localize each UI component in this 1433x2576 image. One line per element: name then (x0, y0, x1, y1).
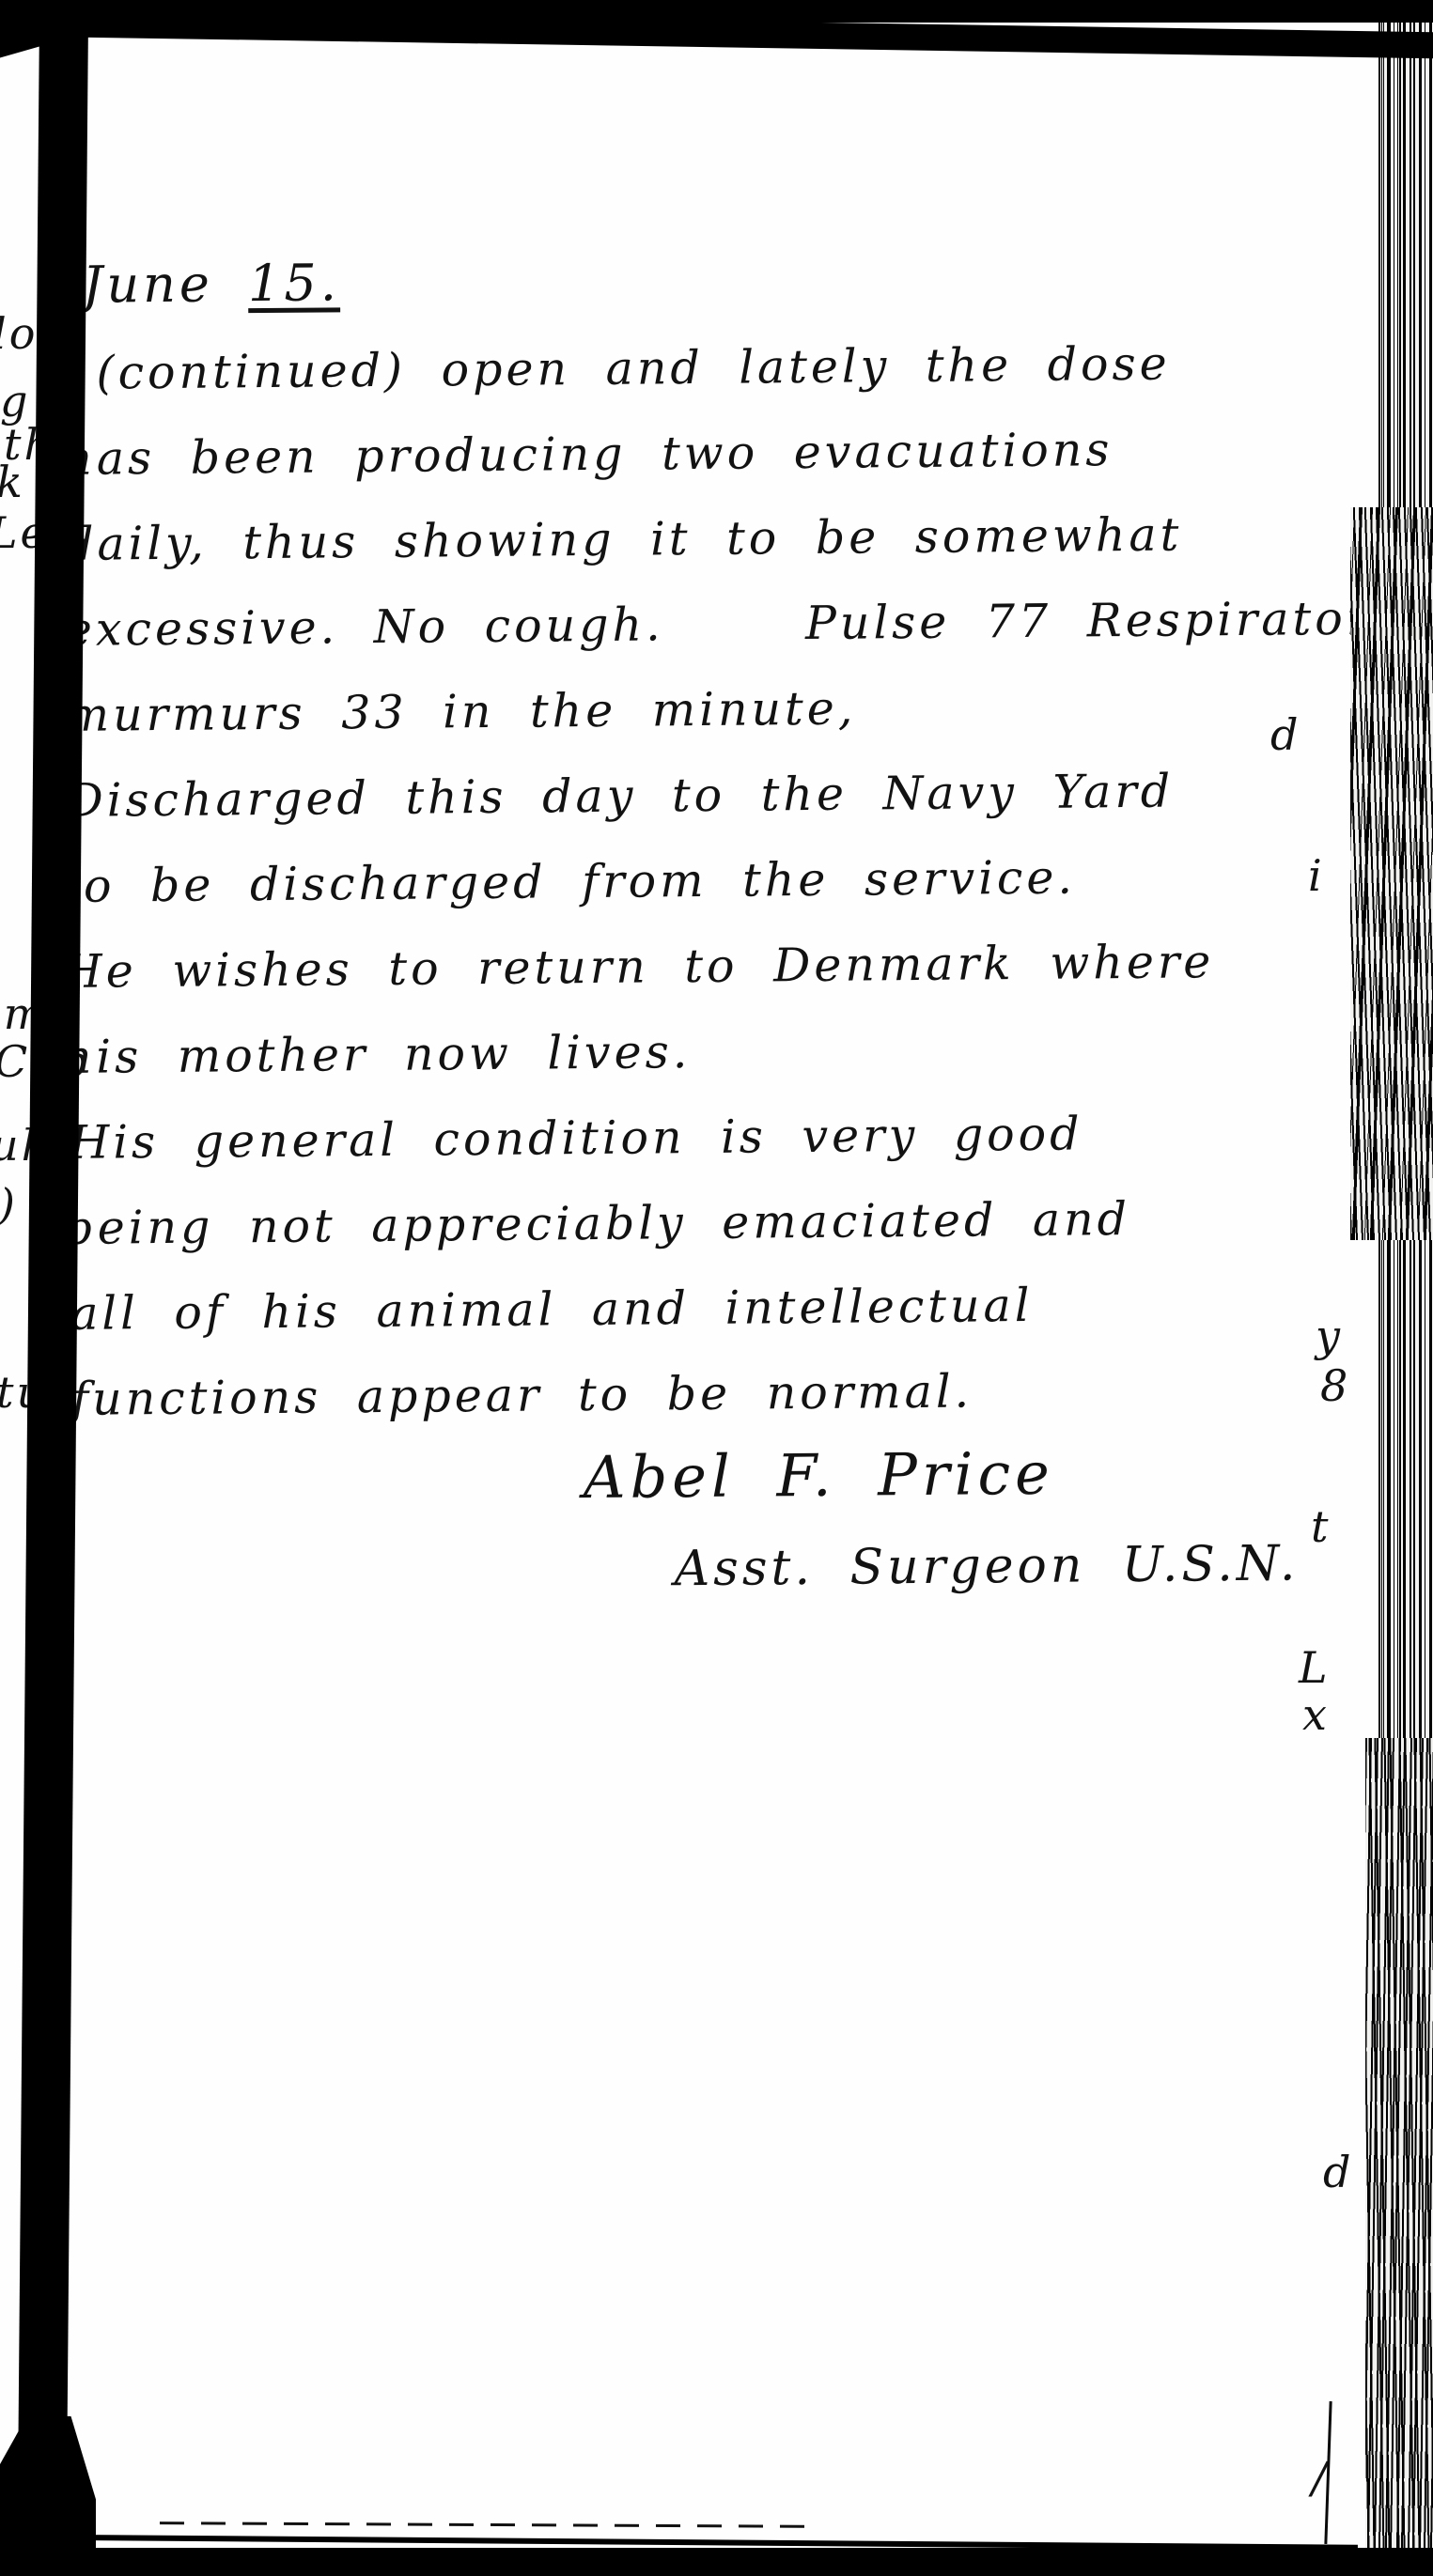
handwritten-line: to be discharged from the service. (61, 831, 1405, 928)
handwritten-line: has been producing two evacuations (63, 404, 1401, 501)
book-page-edges-lower (1365, 1738, 1433, 2576)
handwritten-line: His general condition is very good (69, 1088, 1407, 1185)
date-day: 15. (248, 253, 340, 313)
signature-block: Abel F. Price Asst. Surgeon U.S.N. (583, 1424, 1300, 1615)
handwritten-line: He wishes to return to Denmark where (62, 917, 1406, 1014)
book-page-edges-middle (1350, 507, 1433, 1240)
handwritten-line: (continued) open and lately the dose (96, 318, 1400, 415)
entry-body: (continued) open and lately the dose has… (62, 318, 1409, 1441)
handwritten-line: being not appreciably emaciated and (64, 1173, 1408, 1270)
handwritten-line: daily, thus showing it to be somewhat (64, 489, 1402, 586)
gutter-fragment: ) (0, 1179, 18, 1230)
signature-title: Asst. Surgeon U.S.N. (674, 1518, 1300, 1614)
handwritten-line: Discharged this day to the Navy Yard (66, 746, 1404, 843)
date-month: June (82, 255, 213, 315)
date-heading: June 15. (82, 253, 340, 314)
handwritten-line: excessive. No cough. Pulse 77 Respirator… (64, 575, 1402, 672)
scan-bottom-border (0, 2548, 1433, 2576)
handwritten-entry: June 15. (continued) open and lately the… (52, 0, 1418, 2576)
handwritten-line: all of his animal and intellectual (70, 1259, 1409, 1356)
handwritten-line: murmurs 33 in the minute, (65, 660, 1403, 757)
handwritten-line: his mother now lives. (62, 1002, 1406, 1099)
scanned-document-page: { "document": { "heading": { "month": "J… (0, 0, 1433, 2576)
signature-name: Abel F. Price (583, 1424, 1299, 1525)
